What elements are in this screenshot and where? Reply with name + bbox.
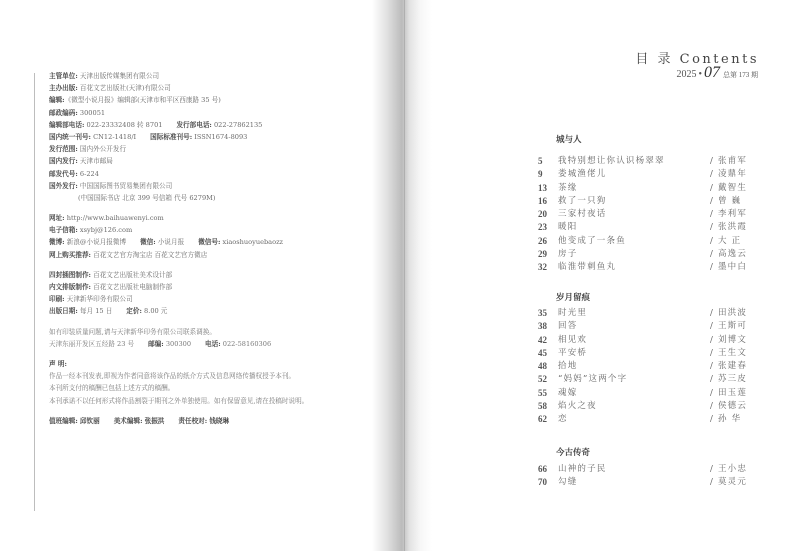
colophon: 主管单位: 天津出版传媒集团有限公司 主办出版: 百花文艺出版社(天津)有限公司… xyxy=(49,70,369,427)
toc-entry[interactable]: 42相见欢/ 刘博文 xyxy=(538,334,768,347)
toc-section-list: 5我特别想让你认识杨翠翠/ 张甫军 9娄城渔佬儿/ 凌鼎年 13茶缘/ 戴智生 … xyxy=(538,155,768,275)
editors-credit: 值班编辑: 邱钦丽美术编辑: 张振洪责任校对: 钱晓琳 xyxy=(49,415,369,427)
masthead-range: 发行范围: 国内外公开发行 xyxy=(49,143,369,155)
production-cover: 四封插图制作: 百花文艺出版社美术设计部 xyxy=(49,269,369,281)
toc-section-list: 66山神的子民/ 王小忠 70勾缝/ 莫灵元 xyxy=(538,463,768,490)
issue-info: 2025•07总第 173 期 xyxy=(676,64,758,82)
statement-line: 本刊所支付的稿酬已包括上述方式的稿酬。 xyxy=(49,382,369,394)
book-spine-shadow xyxy=(372,0,432,551)
masthead-domestic: 国内发行: 天津市邮局 xyxy=(49,155,369,167)
contact-website: 网址: http://www.baihuawenyi.com xyxy=(49,212,369,224)
toc-section-heading: 今古传奇 xyxy=(556,446,590,458)
masthead-overseas: 国外发行: 中国国际图书贸易集团有限公司 xyxy=(49,180,369,192)
book-gutter xyxy=(404,0,405,551)
toc-entry[interactable]: 29房子/ 高逸云 xyxy=(538,248,768,261)
toc-entry[interactable]: 52“妈妈”这两个字/ 苏三皮 xyxy=(538,373,768,386)
magazine-spread: 主管单位: 天津出版传媒集团有限公司 主办出版: 百花文艺出版社(天津)有限公司… xyxy=(0,0,810,551)
statement-line: 作品一经本刊发表,即视为作者同意将该作品的纸介方式及信息网络传播权授予本刊。 xyxy=(49,370,369,382)
print-quality-note: 如有印装质量问题,请与天津新华印务有限公司联系调换。 xyxy=(49,326,369,338)
issue-month: 07 xyxy=(704,64,720,81)
contact-social: 微博: 新浪@小说月报微博微信: 小说月报微信号: xiaoshuoyuebao… xyxy=(49,236,369,248)
toc-section-heading: 岁月留痕 xyxy=(556,291,590,303)
toc-entry[interactable]: 23暖阳/ 张洪霞 xyxy=(538,221,768,234)
toc-entry[interactable]: 66山神的子民/ 王小忠 xyxy=(538,463,768,476)
bullet-icon: • xyxy=(698,69,702,80)
issue-volume: 总第 173 期 xyxy=(723,71,758,79)
statement-heading: 声 明: xyxy=(49,358,369,370)
production-date-price: 出版日期: 每月 15 日定价: 8.00 元 xyxy=(49,305,369,317)
statement-line: 本刊承诺不以任何形式将作品割裂于期刊之外单独使用。如有保留意见,请在投稿时说明。 xyxy=(49,395,369,407)
toc-entry[interactable]: 55魂嫁/ 田玉莲 xyxy=(538,387,768,400)
masthead-sponsor: 主管单位: 天津出版传媒集团有限公司 xyxy=(49,70,369,82)
toc-entry[interactable]: 9娄城渔佬儿/ 凌鼎年 xyxy=(538,168,768,181)
toc-entry[interactable]: 20三家村夜话/ 李利军 xyxy=(538,208,768,221)
toc-entry[interactable]: 26他变成了一条鱼/ 大 正 xyxy=(538,235,768,248)
left-margin-rule xyxy=(34,73,35,511)
toc-entry[interactable]: 58焰火之夜/ 侯德云 xyxy=(538,400,768,413)
overseas-note: (中国国际书店 北京 399 号信箱 代号 6279M) xyxy=(49,192,369,204)
masthead-editor: 编辑:《微型小说月报》编辑部(天津市和平区西康路 35 号) xyxy=(49,94,369,106)
toc-entry[interactable]: 5我特别想让你认识杨翠翠/ 张甫军 xyxy=(538,155,768,168)
toc-entry[interactable]: 13茶缘/ 戴智生 xyxy=(538,182,768,195)
toc-entry[interactable]: 48拾地/ 张建春 xyxy=(538,360,768,373)
toc-entry[interactable]: 16救了一只狗/ 曾 巍 xyxy=(538,195,768,208)
masthead-publisher: 主办出版: 百花文艺出版社(天津)有限公司 xyxy=(49,82,369,94)
print-quality-address: 天津东丽开发区五经路 23 号邮编: 300300电话: 022-5816030… xyxy=(49,338,369,350)
masthead-postal-code: 邮发代号: 6-224 xyxy=(49,168,369,180)
toc-entry[interactable]: 32临淮带刺鱼丸/ 墨中白 xyxy=(538,261,768,274)
toc-entry[interactable]: 35时光里/ 田洪波 xyxy=(538,307,768,320)
toc-section-list: 35时光里/ 田洪波 38回答/ 王斯可 42相见欢/ 刘博文 45平安桥/ 王… xyxy=(538,307,768,427)
masthead-issn: 国内统一刊号: CN12-1418/I国际标准刊号: ISSN1674-8093 xyxy=(49,131,369,143)
masthead-postcode: 邮政编码: 300051 xyxy=(49,107,369,119)
toc-entry[interactable]: 70勾缝/ 莫灵元 xyxy=(538,476,768,489)
website-link: http://www.baihuawenyi.com xyxy=(67,214,164,222)
toc-entry[interactable]: 45平安桥/ 王生文 xyxy=(538,347,768,360)
toc-entry[interactable]: 38回答/ 王斯可 xyxy=(538,320,768,333)
contact-shop: 网上购买推荐: 百花文艺官方淘宝店 百花文艺官方微店 xyxy=(49,249,369,261)
production-layout: 内文排版制作: 百花文艺出版社电脑制作部 xyxy=(49,281,369,293)
production-printer: 印刷: 天津新华印务有限公司 xyxy=(49,293,369,305)
contact-email: 电子信箱: xsybj@126.com xyxy=(49,224,369,236)
toc-entry[interactable]: 62恋/ 孙 华 xyxy=(538,413,768,426)
toc-section-heading: 城与人 xyxy=(556,133,582,145)
issue-year: 2025 xyxy=(676,69,696,80)
masthead-phones: 编辑部电话: 022-23332408 转 8701发行部电话: 022-278… xyxy=(49,119,369,131)
